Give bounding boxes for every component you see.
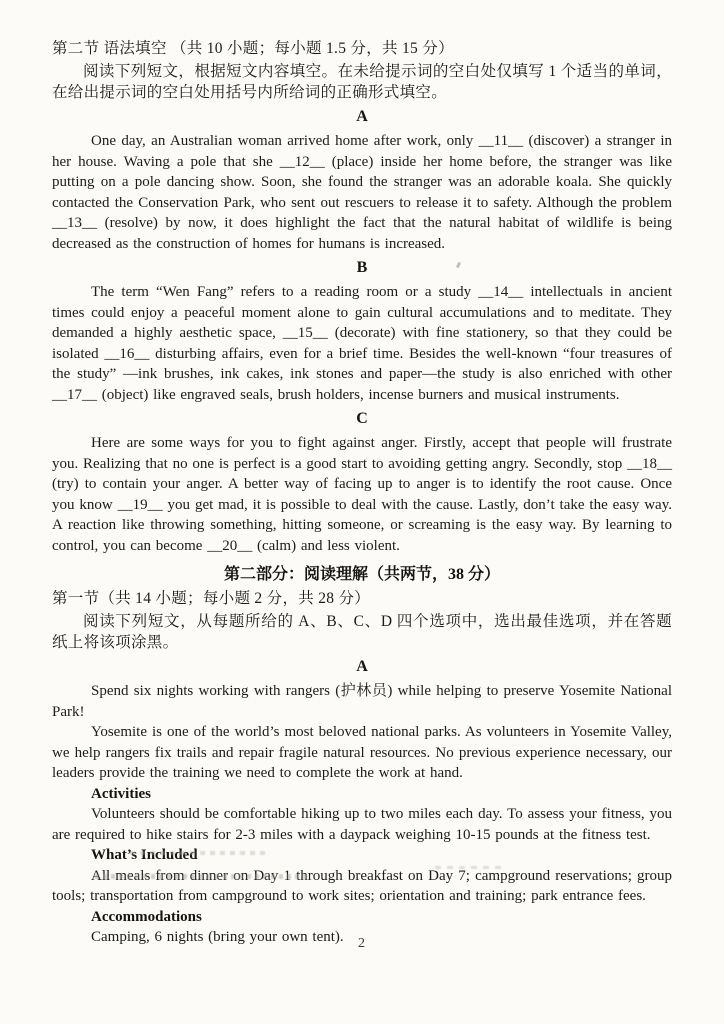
whats-included-text: All meals from dinner on Day 1 through b… bbox=[52, 866, 672, 907]
grammar-passage-c-text: Here are some ways for you to fight agai… bbox=[52, 433, 672, 556]
page-content: 第二节 语法填空 （共 10 小题；每小题 1.5 分，共 15 分） 阅读下列… bbox=[52, 38, 672, 948]
grammar-passage-b-text: The term “Wen Fang” refers to a reading … bbox=[52, 282, 672, 405]
grammar-passage-c-label: C bbox=[52, 409, 672, 429]
whats-included-heading: What’s Included bbox=[91, 845, 672, 866]
reading-section-subheading: 第一节（共 14 小题；每小题 2 分，共 28 分） bbox=[52, 588, 672, 609]
activities-heading: Activities bbox=[91, 784, 672, 805]
activities-text: Volunteers should be comfortable hiking … bbox=[52, 804, 672, 845]
grammar-section-instructions: 阅读下列短文，根据短文内容填空。在未给提示词的空白处仅填写 1 个适当的单词，在… bbox=[52, 61, 672, 103]
reading-passage-para1: Yosemite is one of the world’s most belo… bbox=[52, 722, 672, 784]
grammar-passage-b-label: B bbox=[52, 258, 672, 278]
grammar-section-heading: 第二节 语法填空 （共 10 小题；每小题 1.5 分，共 15 分） bbox=[52, 38, 672, 59]
accommodations-heading: Accommodations bbox=[91, 907, 672, 928]
reading-section-instructions: 阅读下列短文，从每题所给的 A、B、C、D 四个选项中，选出最佳选项，并在答题纸… bbox=[52, 611, 672, 653]
page-number: 2 bbox=[0, 936, 724, 952]
grammar-passage-a-text: One day, an Australian woman arrived hom… bbox=[52, 131, 672, 254]
reading-passage-intro: Spend six nights working with rangers (护… bbox=[52, 681, 672, 722]
reading-passage-a-label: A bbox=[52, 657, 672, 677]
reading-section-heading: 第二部分：阅读理解（共两节，38 分） bbox=[52, 564, 672, 586]
exam-paper-page: 第二节 语法填空 （共 10 小题；每小题 1.5 分，共 15 分） 阅读下列… bbox=[0, 0, 724, 1024]
grammar-passage-a-label: A bbox=[52, 107, 672, 127]
